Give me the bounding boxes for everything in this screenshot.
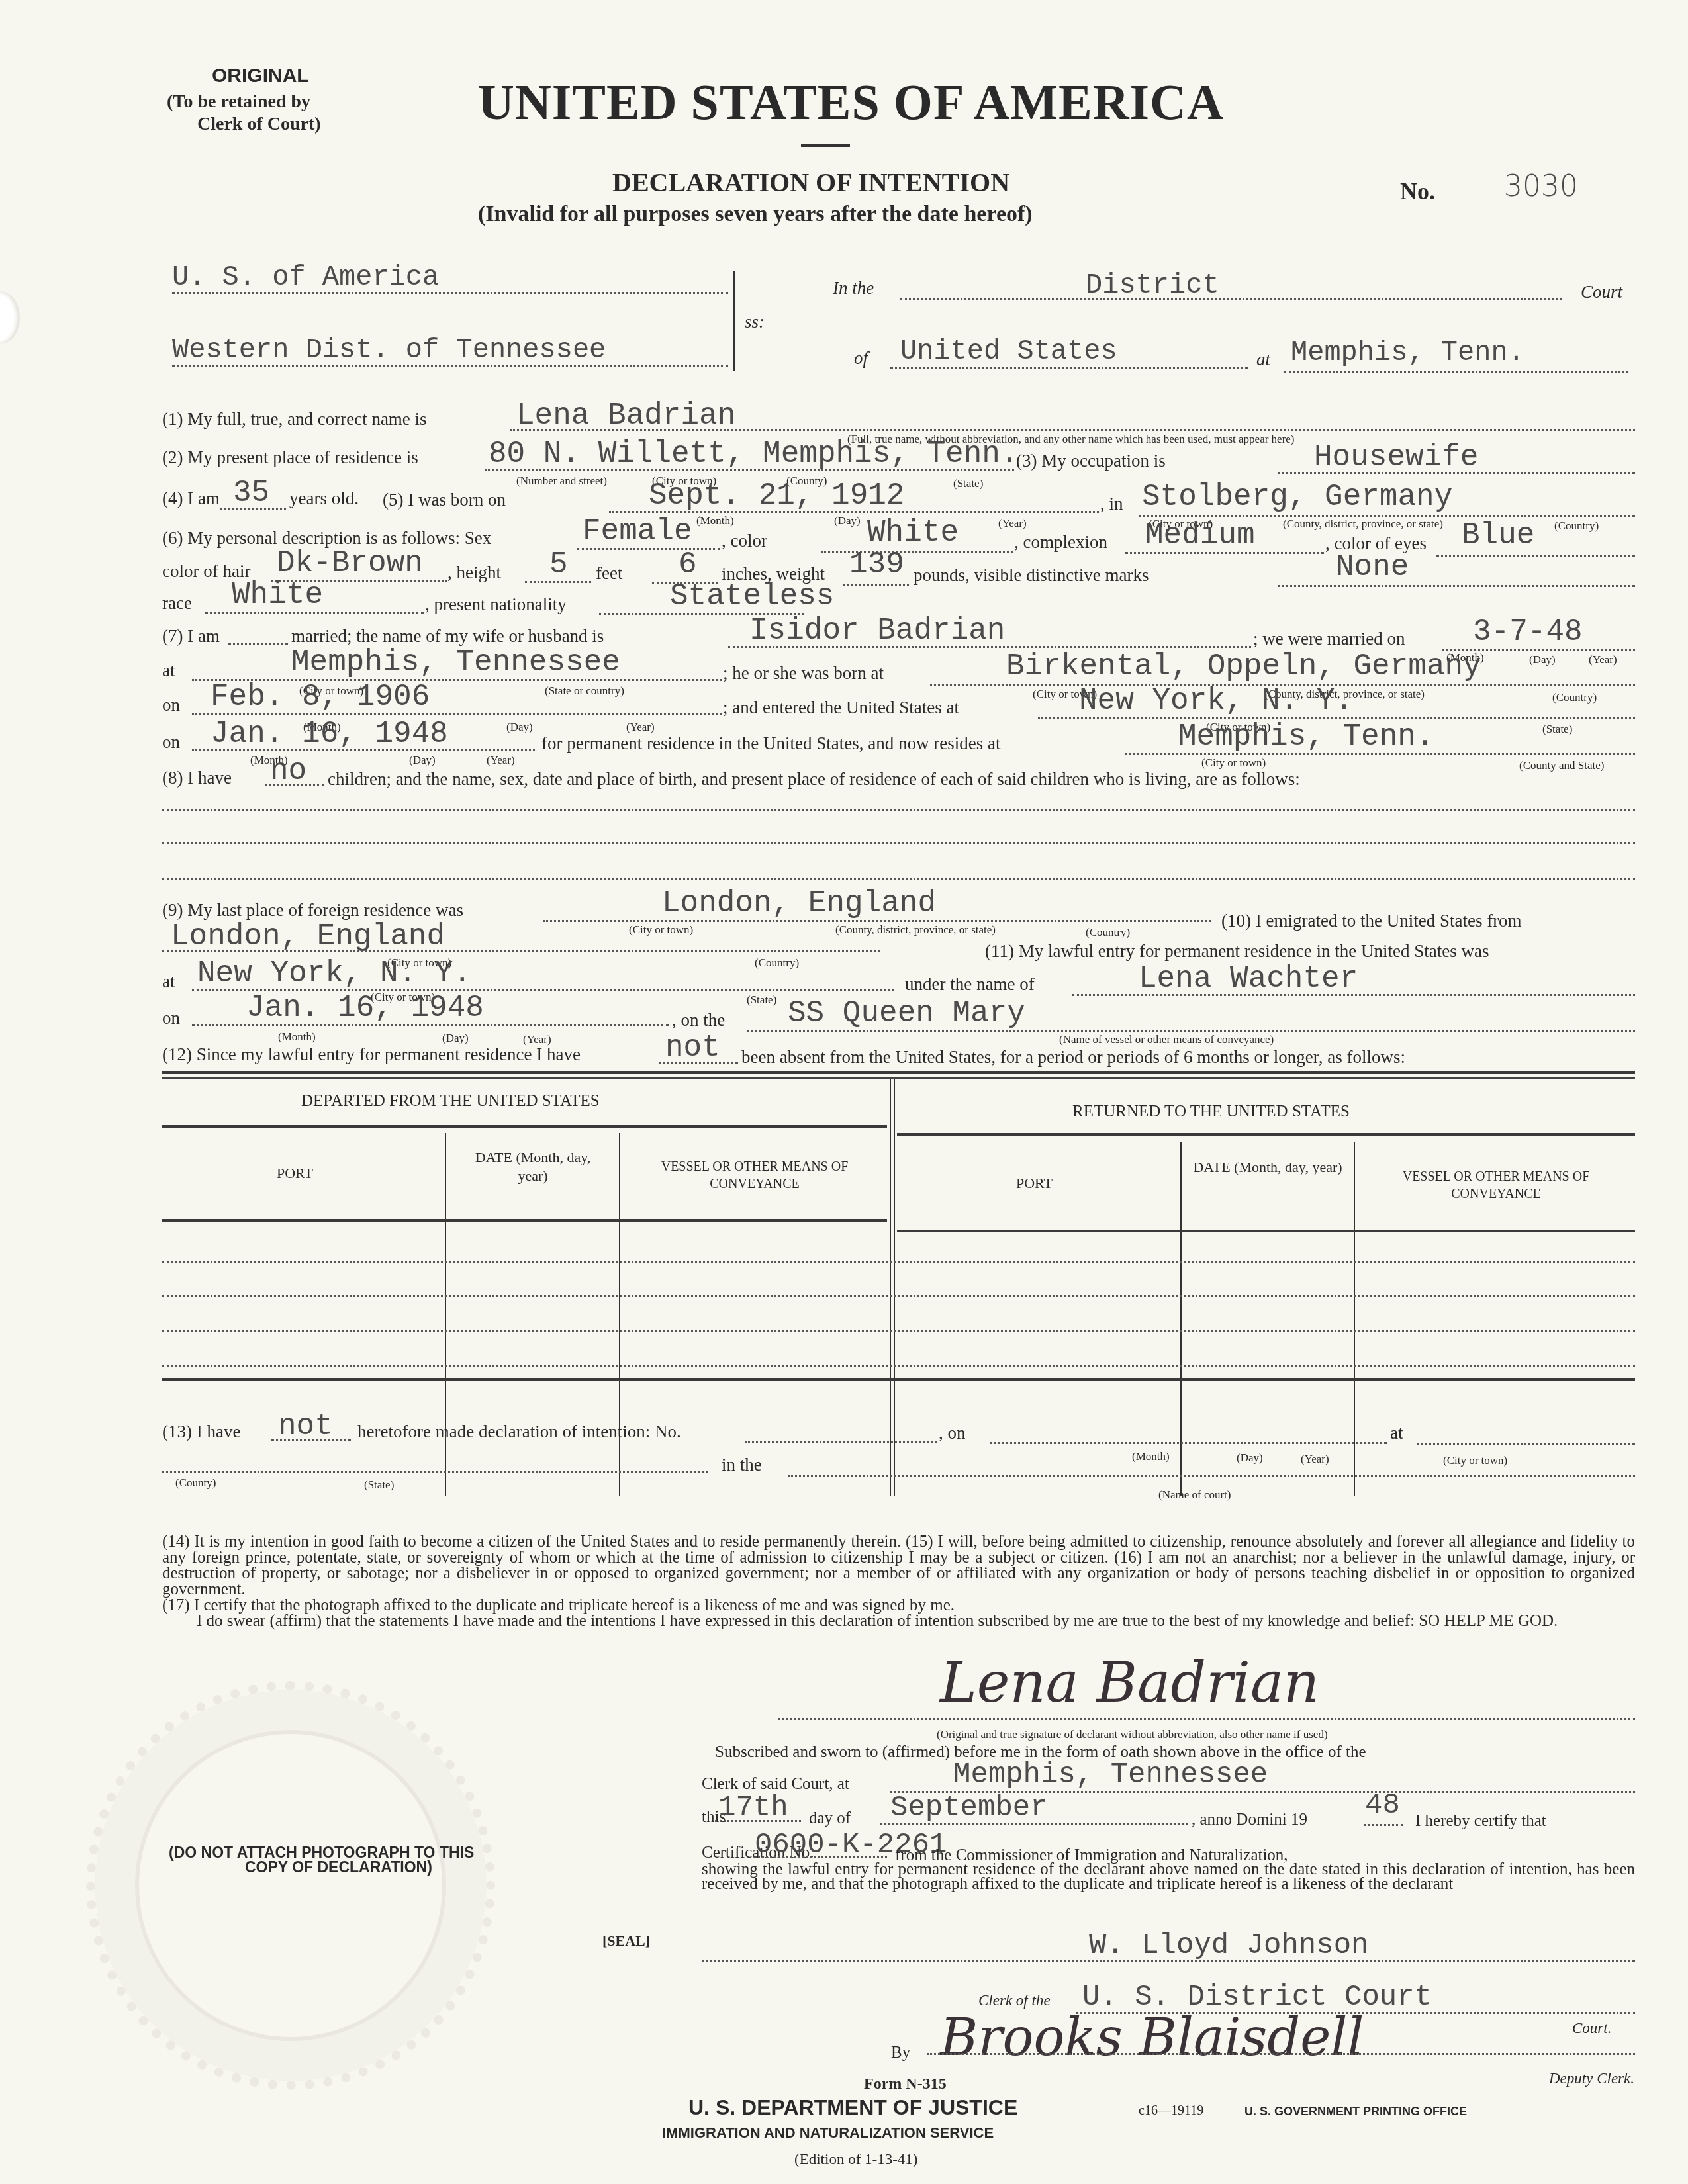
departed-header-rule (162, 1125, 887, 1128)
dep-columns-rule (162, 1219, 887, 1222)
oath-paragraph-17: (17) I certify that the photograph affix… (162, 1598, 1635, 1614)
marks-label: pounds, visible distinctive marks (914, 567, 1149, 584)
ss-label: ss: (745, 313, 765, 331)
prior-caption-month: (Month) (1132, 1451, 1170, 1462)
table-center-divider-2 (894, 1079, 895, 1496)
punch-hole (0, 291, 20, 344)
sex-line (577, 548, 720, 550)
oath-swear: I do swear (affirm) that the statements … (162, 1614, 1635, 1629)
q9-caption-city: (City or town) (629, 924, 693, 935)
returned-header-rule (897, 1133, 1635, 1136)
court-at: Memphis, Tenn. (1291, 339, 1524, 367)
spouse-resides: Memphis, Tenn. (1178, 721, 1434, 752)
sworn-year-line (1364, 1824, 1403, 1826)
printer-name: U. S. GOVERNMENT PRINTING OFFICE (1244, 2105, 1467, 2118)
declarant-signature-line (778, 1718, 1635, 1720)
q7-mid: married; the name of my wife or husband … (291, 627, 604, 645)
q4-label: (4) I am (162, 490, 220, 508)
clerk-name: W. Lloyd Johnson (1089, 1931, 1368, 1960)
spouse-name: Isidor Badrian (749, 615, 1005, 646)
entry-name: Lena Wachter (1139, 964, 1358, 994)
q11-label: (11) My lawful entry for permanent resid… (985, 942, 1489, 960)
spouse-entered-caption-state: (State) (1542, 723, 1572, 735)
certify-label: I hereby certify that (1415, 1812, 1546, 1831)
spouse-entered-on-caption-day: (Day) (409, 754, 436, 766)
deputy-line (927, 2053, 1635, 2055)
spouse-entered-on-line (192, 749, 535, 751)
q7-label: (7) I am (162, 627, 220, 645)
table-center-divider (890, 1079, 891, 1496)
eye-color-line (1436, 555, 1635, 557)
prior-caption-year: (Year) (1301, 1453, 1329, 1465)
department-name: U. S. DEPARTMENT OF JUSTICE (688, 2095, 1017, 2120)
emigrated-from-line (162, 950, 880, 952)
retained-note-2: Clerk of Court) (197, 114, 321, 135)
court-type: District (1086, 271, 1219, 299)
complexion-label: , complexion (1014, 533, 1107, 551)
table-bottom-rule (162, 1378, 1635, 1381)
emigrated-from: London, England (171, 921, 445, 952)
q11-on-caption-month: (Month) (278, 1031, 316, 1042)
height-feet-line (525, 581, 591, 583)
venue-bracket (733, 271, 735, 371)
weight-line (843, 584, 909, 586)
declarant-signature: Lena Badrian (940, 1655, 1319, 1710)
edition: (Edition of 1-13-41) (794, 2151, 918, 2168)
entered-label: ; and entered the United States at (723, 699, 959, 717)
q11-at-caption-state: (State) (747, 994, 776, 1005)
spouse-entered-at: New York, N. Y. (1079, 686, 1353, 716)
table-top-rule-2 (162, 1077, 1635, 1079)
spouse-born-caption-country: (Country) (1552, 692, 1597, 703)
full-name: Lena Badrian (516, 400, 735, 431)
sworn-day: 17th (718, 1794, 788, 1823)
clerk-of-label: Clerk of the (978, 1992, 1051, 2009)
anno-domini-label: , anno Domini 19 (1192, 1811, 1307, 1829)
children-line-2 (162, 842, 1635, 844)
signature-caption: (Original and true signature of declaran… (937, 1729, 1328, 1740)
sworn-month-line (880, 1823, 1188, 1825)
deputy-signature: Brooks Blaisdell (940, 2012, 1364, 2064)
children-count: no (270, 756, 306, 786)
height-feet: 5 (549, 549, 568, 580)
race-label: race (162, 594, 192, 612)
prior-caption-day: (Day) (1237, 1452, 1263, 1463)
residence: 80 N. Willett, Memphis, Tenn. (489, 439, 1019, 469)
q13-label: (13) I have (162, 1423, 240, 1441)
q9-caption-country: (Country) (1086, 927, 1130, 938)
sworn-day-line (715, 1820, 801, 1822)
married-at-caption-state: (State or country) (545, 685, 624, 696)
q4-suffix: years old. (289, 490, 359, 508)
venue-state: U. S. of America (172, 263, 439, 291)
spouse-entered-on-caption-year: (Year) (487, 754, 515, 766)
service-name: IMMIGRATION AND NATURALIZATION SERVICE (662, 2124, 994, 2142)
height-inches: 6 (679, 549, 697, 580)
birth-place-line (1139, 515, 1635, 517)
venue-state-line (172, 292, 728, 294)
married-at: Memphis, Tennessee (291, 647, 620, 678)
residence-line (485, 469, 1014, 471)
q12-text: been absent from the United States, for … (741, 1048, 1405, 1066)
sworn-at: Memphis, Tennessee (953, 1760, 1268, 1790)
spouse-name-line (728, 646, 1251, 648)
court-type-line (900, 298, 1562, 300)
spouse-resides-caption-county: (County and State) (1519, 760, 1604, 771)
entry-name-line (1072, 994, 1635, 996)
sex: Female (583, 516, 692, 547)
spouse-entered-on: Jan. 16, 1948 (211, 719, 448, 749)
q5-place-caption-country: (Country) (1554, 520, 1599, 531)
court-label: Court (1581, 283, 1622, 301)
spouse-born-label: ; he or she was born at (723, 664, 884, 682)
spouse-born-on-line (192, 713, 722, 715)
married-on-caption-day: (Day) (1529, 654, 1556, 665)
complexion-line (1125, 552, 1324, 554)
prior-on-label: , on (939, 1424, 966, 1442)
clerk-name-line (702, 1960, 1635, 1962)
q13-text: heretofore made declaration of intention… (357, 1423, 681, 1441)
children-line-3 (162, 878, 1635, 880)
seal-label: [SEAL] (602, 1933, 650, 1950)
spouse-born-on: Feb. 8, 1906 (211, 682, 430, 712)
prior-no-line (745, 1441, 937, 1443)
spouse-born-on-caption-day: (Day) (506, 721, 533, 733)
absence-status-line (659, 1062, 738, 1064)
certification-line (755, 1856, 887, 1858)
children-line-1 (162, 809, 1635, 811)
deputy-clerk-label: Deputy Clerk. (1549, 2070, 1634, 2087)
q2-caption-street: (Number and street) (516, 475, 607, 486)
table-row-line-4 (162, 1365, 1635, 1367)
q9-label: (9) My last place of foreign residence w… (162, 901, 463, 919)
ret-columns-rule (897, 1230, 1635, 1232)
prior-declaration-line (271, 1439, 351, 1441)
dep-col-vessel: VESSEL OR OTHER MEANS OF CONVEYANCE (629, 1158, 880, 1193)
prior-on-line (990, 1442, 1387, 1444)
q11-name-label: under the name of (905, 976, 1035, 993)
at-label: at (1256, 351, 1270, 369)
of-label: of (854, 349, 868, 367)
race-line (205, 612, 424, 614)
birth-date: Sept. 21, 1912 (649, 480, 904, 511)
dep-col-date: DATE (Month, day, year) (463, 1148, 602, 1185)
prior-caption-court: (Name of court) (1158, 1489, 1231, 1500)
q5-label: (5) I was born on (383, 491, 506, 509)
occupation-line (1278, 472, 1635, 474)
photo-note-2: COPY OF DECLARATION) (245, 1858, 432, 1876)
q5-place-caption-county: (County, district, province, or state) (1283, 518, 1443, 529)
title-rule (801, 144, 850, 147)
returned-title: RETURNED TO THE UNITED STATES (1072, 1103, 1350, 1121)
height-label: , height (447, 564, 501, 582)
declaration-number: 3030 (1504, 172, 1578, 201)
nationality-label: , present nationality (425, 596, 567, 614)
ret-col-port: PORT (1016, 1175, 1053, 1192)
q10-caption-country: (Country) (755, 957, 799, 968)
q3-label: (3) My occupation is (1016, 452, 1166, 470)
document-subtitle: DECLARATION OF INTENTION (612, 167, 1009, 198)
entry-vessel-line (747, 1030, 1635, 1032)
q5-caption-year: (Year) (998, 518, 1027, 529)
table-row-line-1 (162, 1261, 1635, 1263)
retained-note: (To be retained by (167, 91, 310, 113)
color: White (867, 518, 959, 548)
q2-label: (2) My present place of residence is (162, 449, 418, 467)
table-row-line-2 (162, 1295, 1635, 1297)
court-at-line (1284, 371, 1628, 373)
embossed-court-seal (86, 1681, 495, 2090)
q5-in-label: , in (1100, 495, 1123, 513)
q6-label: (6) My personal description is as follow… (162, 529, 491, 547)
birth-place: Stolberg, Germany (1142, 482, 1452, 512)
q2-caption-state: (State) (953, 478, 983, 489)
print-code: c16—19119 (1139, 2103, 1203, 2118)
entry-vessel: SS Queen Mary (788, 998, 1025, 1028)
q11-at-label: at (162, 973, 175, 991)
married-on-label: ; we were married on (1253, 630, 1405, 648)
q5-caption-month: (Month) (696, 515, 734, 526)
married-at-label: at (162, 662, 175, 680)
court-suffix-label: Court. (1572, 2020, 1611, 2037)
dep-col-port: PORT (277, 1165, 313, 1182)
full-name-line (510, 429, 1635, 431)
last-foreign-residence: London, England (662, 888, 936, 919)
q5-caption-day: (Day) (834, 515, 861, 526)
distinctive-marks-line (1278, 585, 1635, 587)
age-line (220, 508, 286, 510)
table-row-line-3 (162, 1330, 1635, 1332)
by-label: By (891, 2044, 910, 2062)
prior-county-line (162, 1471, 708, 1473)
q11-on-caption-day: (Day) (442, 1032, 469, 1044)
ret-col-date: DATE (Month, day, year) (1192, 1158, 1344, 1177)
q1-label: (1) My full, true, and correct name is (162, 410, 427, 428)
birth-date-line (609, 511, 1099, 513)
oath-paragraph-14-16: (14) It is my intention in good faith to… (162, 1534, 1635, 1598)
original-label: ORIGINAL (212, 65, 309, 87)
distinctive-marks: None (1336, 552, 1409, 582)
q11-vessel-label: , on the (672, 1011, 725, 1029)
document-title: UNITED STATES OF AMERICA (478, 74, 1224, 132)
complexion: Medium (1145, 520, 1255, 551)
table-top-rule (162, 1071, 1635, 1074)
q8-label: (8) I have (162, 769, 232, 787)
prior-caption-state: (State) (364, 1479, 394, 1490)
prior-caption-county: (County) (175, 1477, 216, 1488)
venue-county: Western Dist. of Tennessee (172, 336, 606, 364)
q11-on-label: on (162, 1009, 180, 1027)
q11-on-caption-year: (Year) (523, 1034, 551, 1045)
hair-color: Dk-Brown (277, 548, 423, 578)
prior-in-the-label: in the (722, 1456, 762, 1474)
departed-title: DEPARTED FROM THE UNITED STATES (301, 1092, 600, 1111)
entry-date: Jan. 16, 1948 (246, 993, 484, 1023)
race: White (232, 580, 323, 610)
spouse-resides-line (1125, 753, 1635, 755)
feet-label: feet (596, 565, 622, 582)
married-on-caption-year: (Year) (1589, 654, 1617, 665)
absence-status: not (665, 1032, 720, 1063)
q12-label: (12) Since my lawful entry for permanent… (162, 1046, 581, 1064)
weight: 139 (849, 549, 904, 580)
clerk-at-label: Clerk of said Court, at (702, 1775, 849, 1794)
spouse-born-on-caption-year: (Year) (626, 721, 655, 733)
resides-label: for permanent residence in the United St… (541, 735, 1001, 752)
sworn-year: 48 (1365, 1791, 1400, 1820)
certification-text-2: showing the lawful entry for permanent r… (702, 1862, 1635, 1891)
ret-col-vessel: VESSEL OR OTHER MEANS OF CONVEYANCE (1364, 1168, 1628, 1203)
prior-at-line (1417, 1443, 1635, 1445)
prior-caption-city: (City or town) (1443, 1455, 1507, 1466)
q11-vessel-caption: (Name of vessel or other means of convey… (1059, 1034, 1274, 1045)
last-foreign-residence-line (543, 920, 1211, 922)
q10-label: (10) I emigrated to the United States fr… (1221, 912, 1522, 930)
court-of: United States (900, 338, 1117, 365)
marital-line (228, 643, 288, 645)
prior-court-line (788, 1475, 1635, 1477)
spouse-born-on-label: on (162, 696, 180, 714)
number-label: No. (1400, 177, 1435, 205)
entry-port: New York, N. Y. (197, 958, 471, 989)
color-label: , color (722, 532, 767, 550)
sworn-month: September (890, 1794, 1048, 1823)
children-count-line (265, 784, 324, 786)
entry-date-line (192, 1024, 669, 1026)
q9-caption-county: (County, district, province, or state) (835, 924, 996, 935)
court-of-line (890, 367, 1248, 369)
occupation: Housewife (1314, 442, 1478, 473)
spouse-entered-on-label: on (162, 733, 180, 751)
eye-color: Blue (1462, 520, 1534, 551)
invalid-note: (Invalid for all purposes seven years af… (478, 202, 1033, 227)
nationality: Stateless (670, 581, 834, 612)
prior-at-label: at (1390, 1424, 1403, 1442)
day-of-label: day of (809, 1809, 851, 1828)
form-number: Form N-315 (864, 2075, 947, 2093)
spouse-born-at: Birkental, Oppeln, Germany (1006, 651, 1481, 682)
in-the-label: In the (833, 279, 874, 297)
prior-declaration-status: not (278, 1411, 333, 1441)
q8-text: children; and the name, sex, date and pl… (328, 770, 1300, 788)
age: 35 (233, 478, 269, 508)
married-on: 3-7-48 (1473, 617, 1583, 647)
venue-county-line (172, 365, 728, 367)
spouse-resides-caption-city: (City or town) (1201, 757, 1266, 768)
